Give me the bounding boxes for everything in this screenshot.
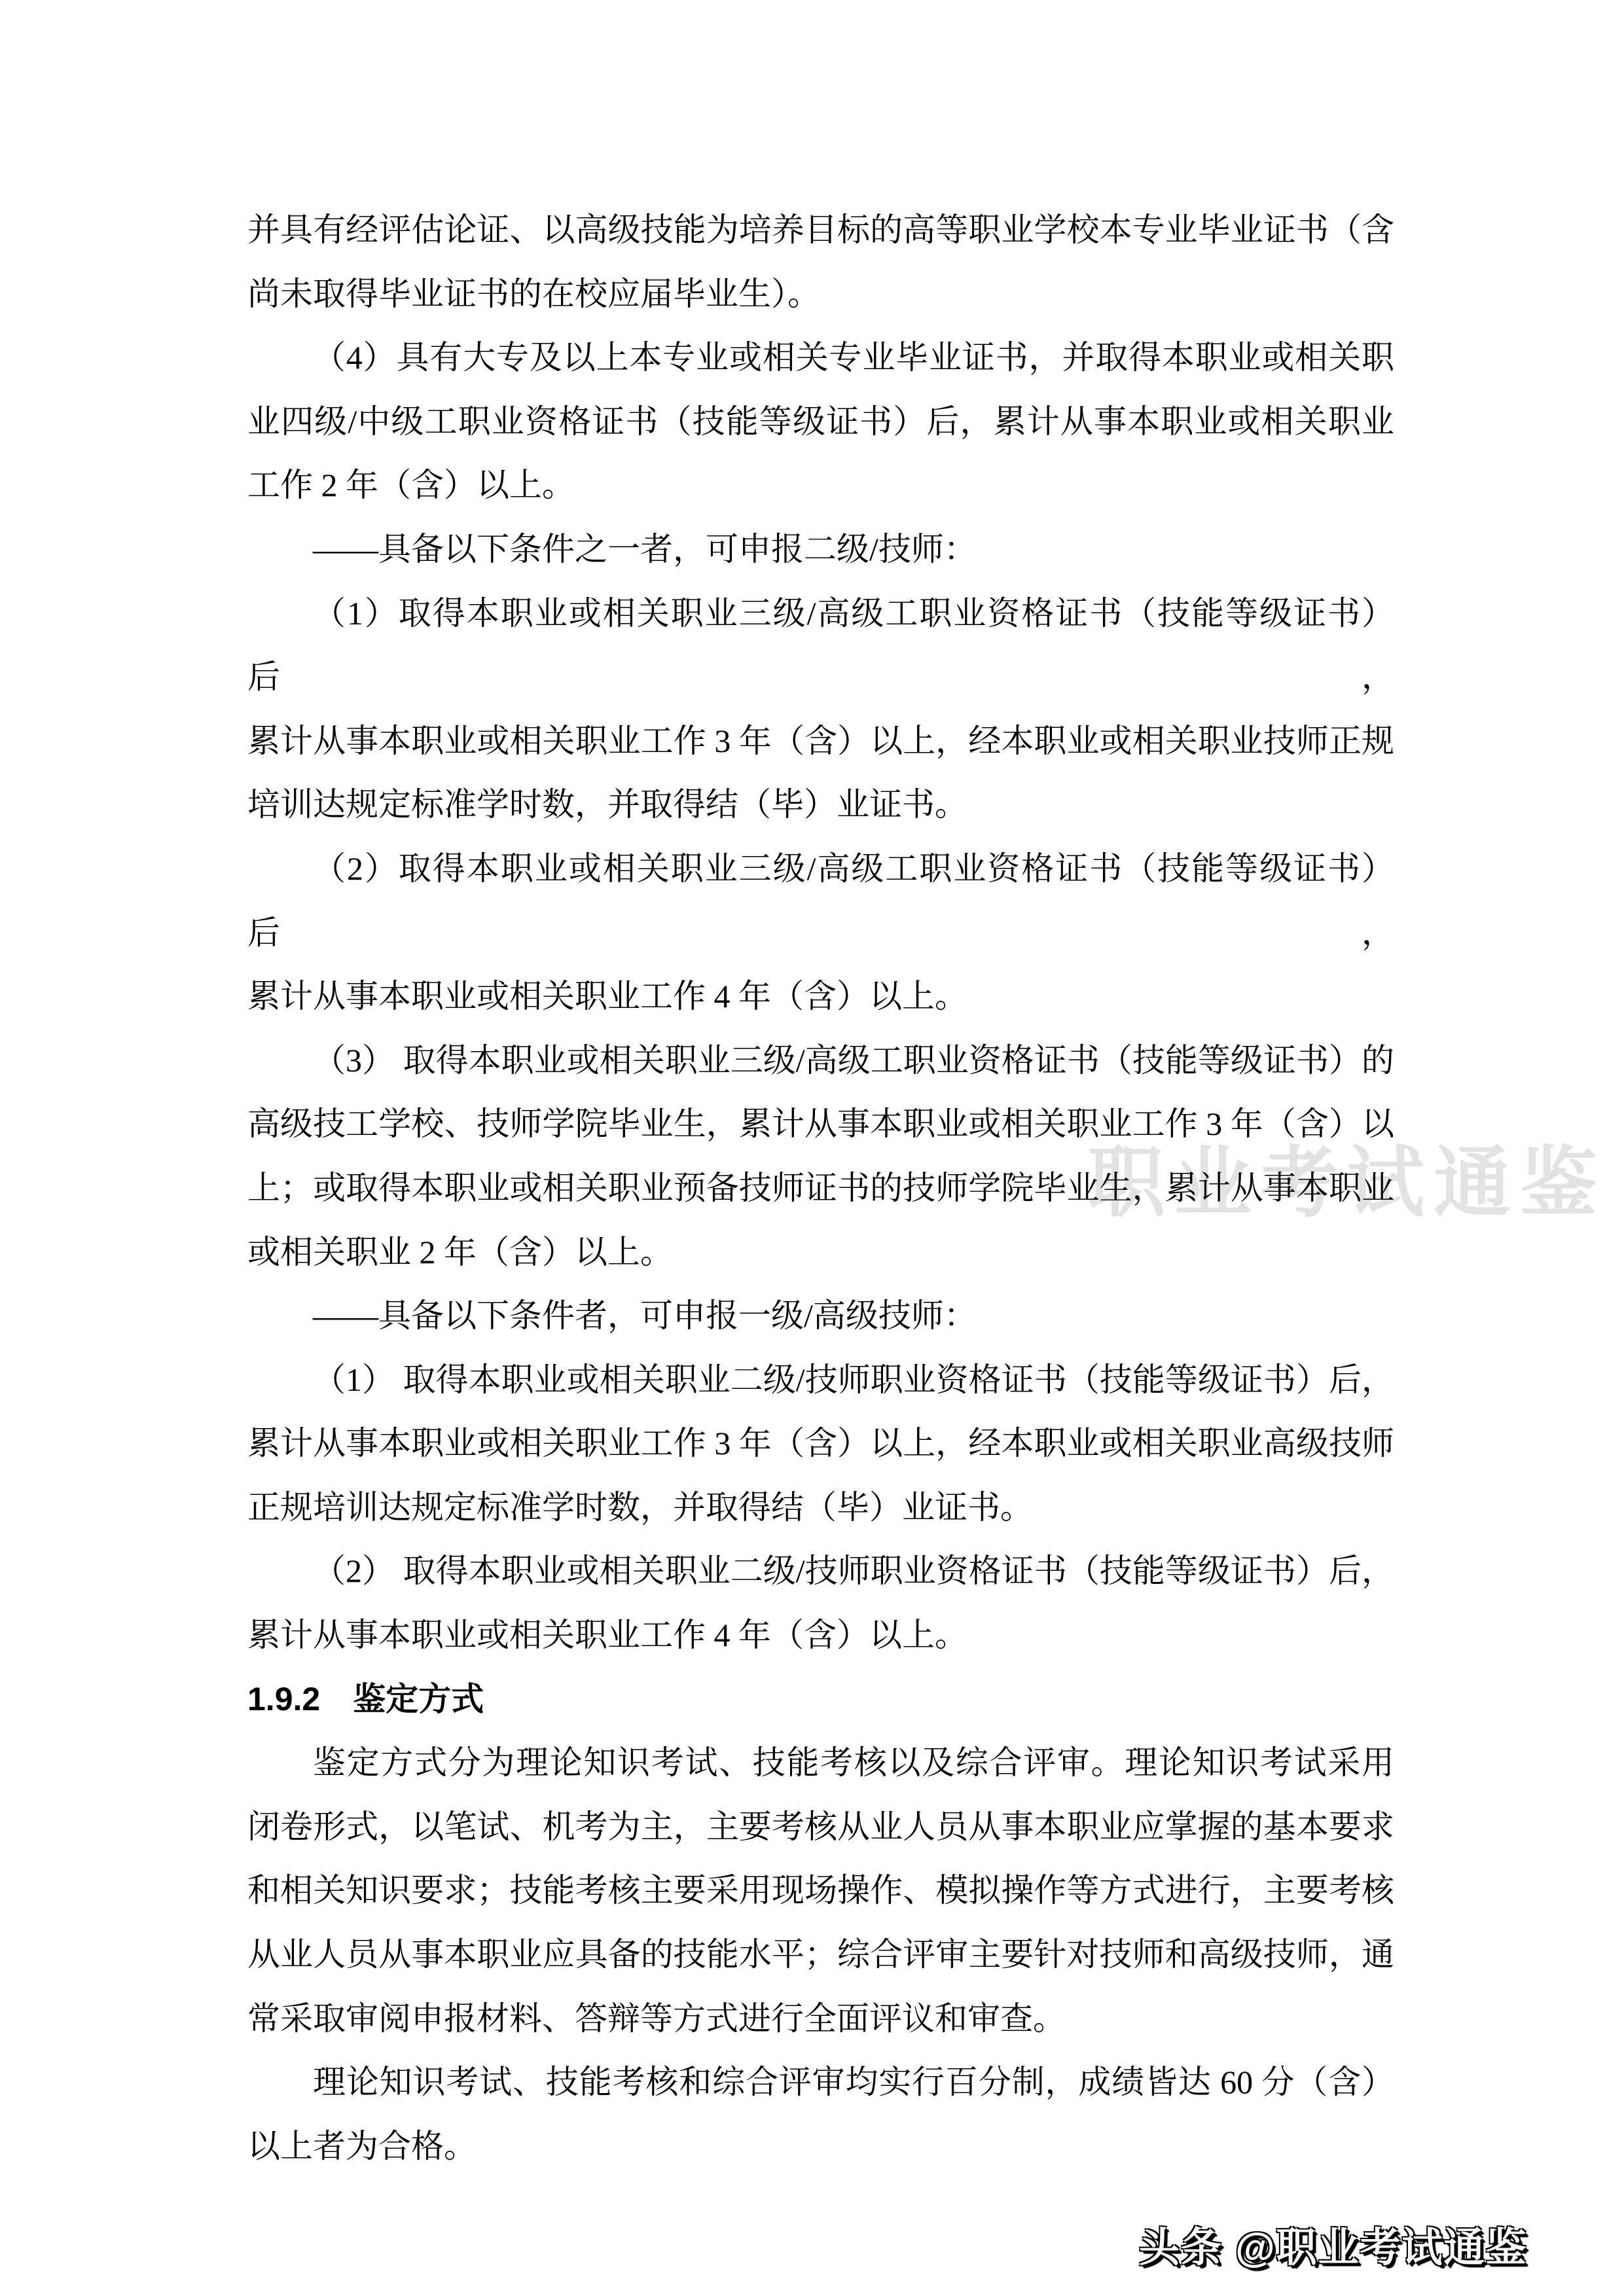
text-line: （1） 取得本职业或相关职业二级/技师职业资格证书（技能等级证书）后， [247,1348,1394,1412]
text-line: 累计从事本职业或相关职业工作 3 年（含）以上，经本职业或相关职业高级技师 [247,1412,1394,1476]
text-line: 累计从事本职业或相关职业工作 4 年（含）以上。 [247,1604,1394,1668]
text-line: 常采取审阅申报材料、答辩等方式进行全面评议和审查。 [247,1987,1394,2051]
text-line: 鉴定方式分为理论知识考试、技能考核以及综合评审。理论知识考试采用 [247,1731,1394,1795]
text-line: 尚未取得毕业证书的在校应届毕业生）。 [247,262,1394,327]
text-line: ——具备以下条件者，可申报一级/高级技师： [247,1284,1394,1348]
text-line: （1）取得本职业或相关职业三级/高级工职业资格证书（技能等级证书）后， [247,582,1394,709]
text-line: 培训达规定标准学时数，并取得结（毕）业证书。 [247,773,1394,837]
text-line: 累计从事本职业或相关职业工作 3 年（含）以上，经本职业或相关职业技师正规 [247,709,1394,774]
text-line: 以上者为合格。 [247,2115,1394,2179]
text-line: （4）具有大专及以上本专业或相关专业毕业证书，并取得本职业或相关职 [247,326,1394,390]
text-line: 业四级/中级工职业资格证书（技能等级证书）后，累计从事本职业或相关职业 [247,390,1394,454]
text-line: 累计从事本职业或相关职业工作 4 年（含）以上。 [247,965,1394,1029]
text-line: 上；或取得本职业或相关职业预备技师证书的技师学院毕业生，累计从事本职业 [247,1157,1394,1221]
footer-credit: 头条 @职业考试通鉴 [1139,2215,1528,2273]
text-line: 并具有经评估论证、以高级技能为培养目标的高等职业学校本专业毕业证书（含 [247,198,1394,262]
text-line: 高级技工学校、技师学院毕业生，累计从事本职业或相关职业工作 3 年（含）以 [247,1092,1394,1157]
text-line: 理论知识考试、技能考核和综合评审均实行百分制，成绩皆达 60 分（含） [247,2051,1394,2115]
text-line: 闭卷形式，以笔试、机考为主，主要考核从业人员从事本职业应掌握的基本要求 [247,1795,1394,1859]
text-line: ——具备以下条件之一者，可申报二级/技师： [247,518,1394,582]
text-line: 从业人员从事本职业应具备的技能水平；综合评审主要针对技师和高级技师，通 [247,1923,1394,1987]
document-body: 并具有经评估论证、以高级技能为培养目标的高等职业学校本专业毕业证书（含尚未取得毕… [247,198,1394,2178]
text-line: 或相关职业 2 年（含）以上。 [247,1221,1394,1285]
text-line: （3） 取得本职业或相关职业三级/高级工职业资格证书（技能等级证书）的 [247,1029,1394,1093]
text-line: （2） 取得本职业或相关职业二级/技师职业资格证书（技能等级证书）后， [247,1539,1394,1604]
text-line: 正规培训达规定标准学时数，并取得结（毕）业证书。 [247,1476,1394,1540]
section-heading: 1.9.2 鉴定方式 [247,1668,1394,1732]
text-line: 工作 2 年（含）以上。 [247,454,1394,518]
document-page: 职业考试通鉴 并具有经评估论证、以高级技能为培养目标的高等职业学校本专业毕业证书… [0,0,1624,2296]
text-line: 和相关知识要求；技能考核主要采用现场操作、模拟操作等方式进行，主要考核 [247,1859,1394,1923]
text-line: （2）取得本职业或相关职业三级/高级工职业资格证书（技能等级证书）后， [247,837,1394,965]
